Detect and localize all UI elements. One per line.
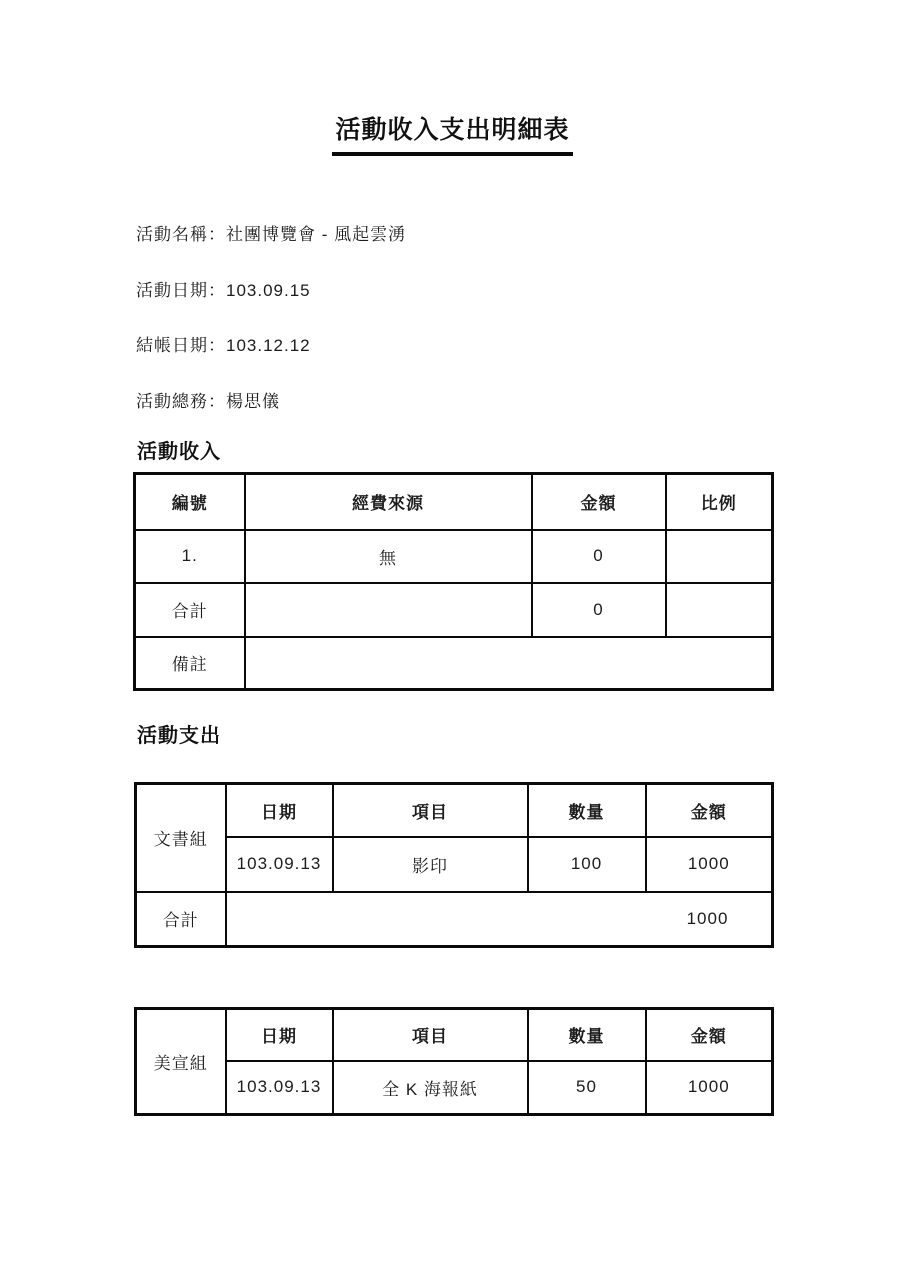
activity-date-value: 103.09.15 — [226, 281, 311, 300]
income-cell-ratio — [666, 530, 773, 583]
expense2-header-date: 日期 — [226, 1009, 333, 1061]
info-line-general-affairs: 活動總務：楊思儀 — [136, 387, 280, 412]
expense2-header-row: 美宣組 日期 項目 數量 金額 — [136, 1009, 773, 1061]
general-affairs-label: 活動總務 — [136, 392, 208, 411]
income-note-label: 備註 — [135, 637, 245, 690]
expense1-row-1: 103.09.13 影印 100 1000 — [136, 837, 773, 892]
info-line-activity-date: 活動日期：103.09.15 — [136, 276, 311, 301]
expense2-cell-date: 103.09.13 — [226, 1061, 333, 1115]
income-header-amount: 金額 — [532, 474, 666, 530]
expense1-header-qty: 數量 — [528, 784, 646, 837]
expense1-total-cell: 1000 — [226, 892, 773, 947]
closing-date-value: 103.12.12 — [226, 336, 311, 355]
activity-name-label: 活動名稱 — [136, 225, 208, 244]
expense1-total-value: 1000 — [644, 909, 771, 929]
section-heading-expense: 活動支出 — [137, 719, 221, 748]
activity-name-separator: ： — [208, 225, 226, 244]
info-line-closing-date: 結帳日期：103.12.12 — [136, 331, 311, 356]
expense1-total-row: 合計 1000 — [136, 892, 773, 947]
income-header-id: 編號 — [135, 474, 245, 530]
document-title: 活動收入支出明細表 — [332, 110, 572, 156]
general-affairs-separator: ： — [208, 392, 226, 411]
activity-name-value: 社團博覽會 - 風起雲湧 — [226, 225, 406, 244]
income-total-source — [245, 583, 532, 637]
expense1-header-item: 項目 — [333, 784, 528, 837]
expense1-header-row: 文書組 日期 項目 數量 金額 — [136, 784, 773, 837]
income-total-row: 合計 0 — [135, 583, 773, 637]
general-affairs-value: 楊思儀 — [226, 392, 280, 411]
income-cell-id: 1. — [135, 530, 245, 583]
expense1-cell-date: 103.09.13 — [226, 837, 333, 892]
expense2-header-item: 項目 — [333, 1009, 528, 1061]
expense1-cell-amount: 1000 — [646, 837, 773, 892]
info-line-activity-name: 活動名稱：社團博覽會 - 風起雲湧 — [136, 220, 406, 245]
income-total-amount: 0 — [532, 583, 666, 637]
expense1-total-label: 合計 — [136, 892, 226, 947]
activity-date-label: 活動日期 — [136, 281, 208, 300]
expense-table-art-group: 美宣組 日期 項目 數量 金額 103.09.13 全 K 海報紙 50 100… — [134, 1007, 774, 1116]
income-total-label: 合計 — [135, 583, 245, 637]
income-note-value — [245, 637, 773, 690]
expense2-row-1: 103.09.13 全 K 海報紙 50 1000 — [136, 1061, 773, 1115]
income-note-row: 備註 — [135, 637, 773, 690]
income-row-1: 1. 無 0 — [135, 530, 773, 583]
income-cell-amount: 0 — [532, 530, 666, 583]
expense1-header-amount: 金額 — [646, 784, 773, 837]
activity-date-separator: ： — [208, 281, 226, 300]
income-header-row: 編號 經費來源 金額 比例 — [135, 474, 773, 530]
expense1-cell-qty: 100 — [528, 837, 646, 892]
expense2-cell-qty: 50 — [528, 1061, 646, 1115]
expense2-cell-item: 全 K 海報紙 — [333, 1061, 528, 1115]
expense-table-documents-group: 文書組 日期 項目 數量 金額 103.09.13 影印 100 1000 合計… — [134, 782, 774, 948]
expense1-header-date: 日期 — [226, 784, 333, 837]
income-header-ratio: 比例 — [666, 474, 773, 530]
income-cell-source: 無 — [245, 530, 532, 583]
title-container: 活動收入支出明細表 — [0, 110, 905, 156]
income-table: 編號 經費來源 金額 比例 1. 無 0 合計 0 備註 — [133, 472, 774, 691]
expense1-group-name: 文書組 — [136, 784, 226, 892]
closing-date-label: 結帳日期 — [136, 336, 208, 355]
document-page: 活動收入支出明細表 活動名稱：社團博覽會 - 風起雲湧 活動日期：103.09.… — [0, 0, 905, 1280]
expense2-header-qty: 數量 — [528, 1009, 646, 1061]
expense2-header-amount: 金額 — [646, 1009, 773, 1061]
expense1-cell-item: 影印 — [333, 837, 528, 892]
section-heading-income: 活動收入 — [137, 435, 221, 464]
income-header-source: 經費來源 — [245, 474, 532, 530]
closing-date-separator: ： — [208, 336, 226, 355]
expense2-cell-amount: 1000 — [646, 1061, 773, 1115]
income-total-ratio — [666, 583, 773, 637]
expense2-group-name: 美宣組 — [136, 1009, 226, 1115]
